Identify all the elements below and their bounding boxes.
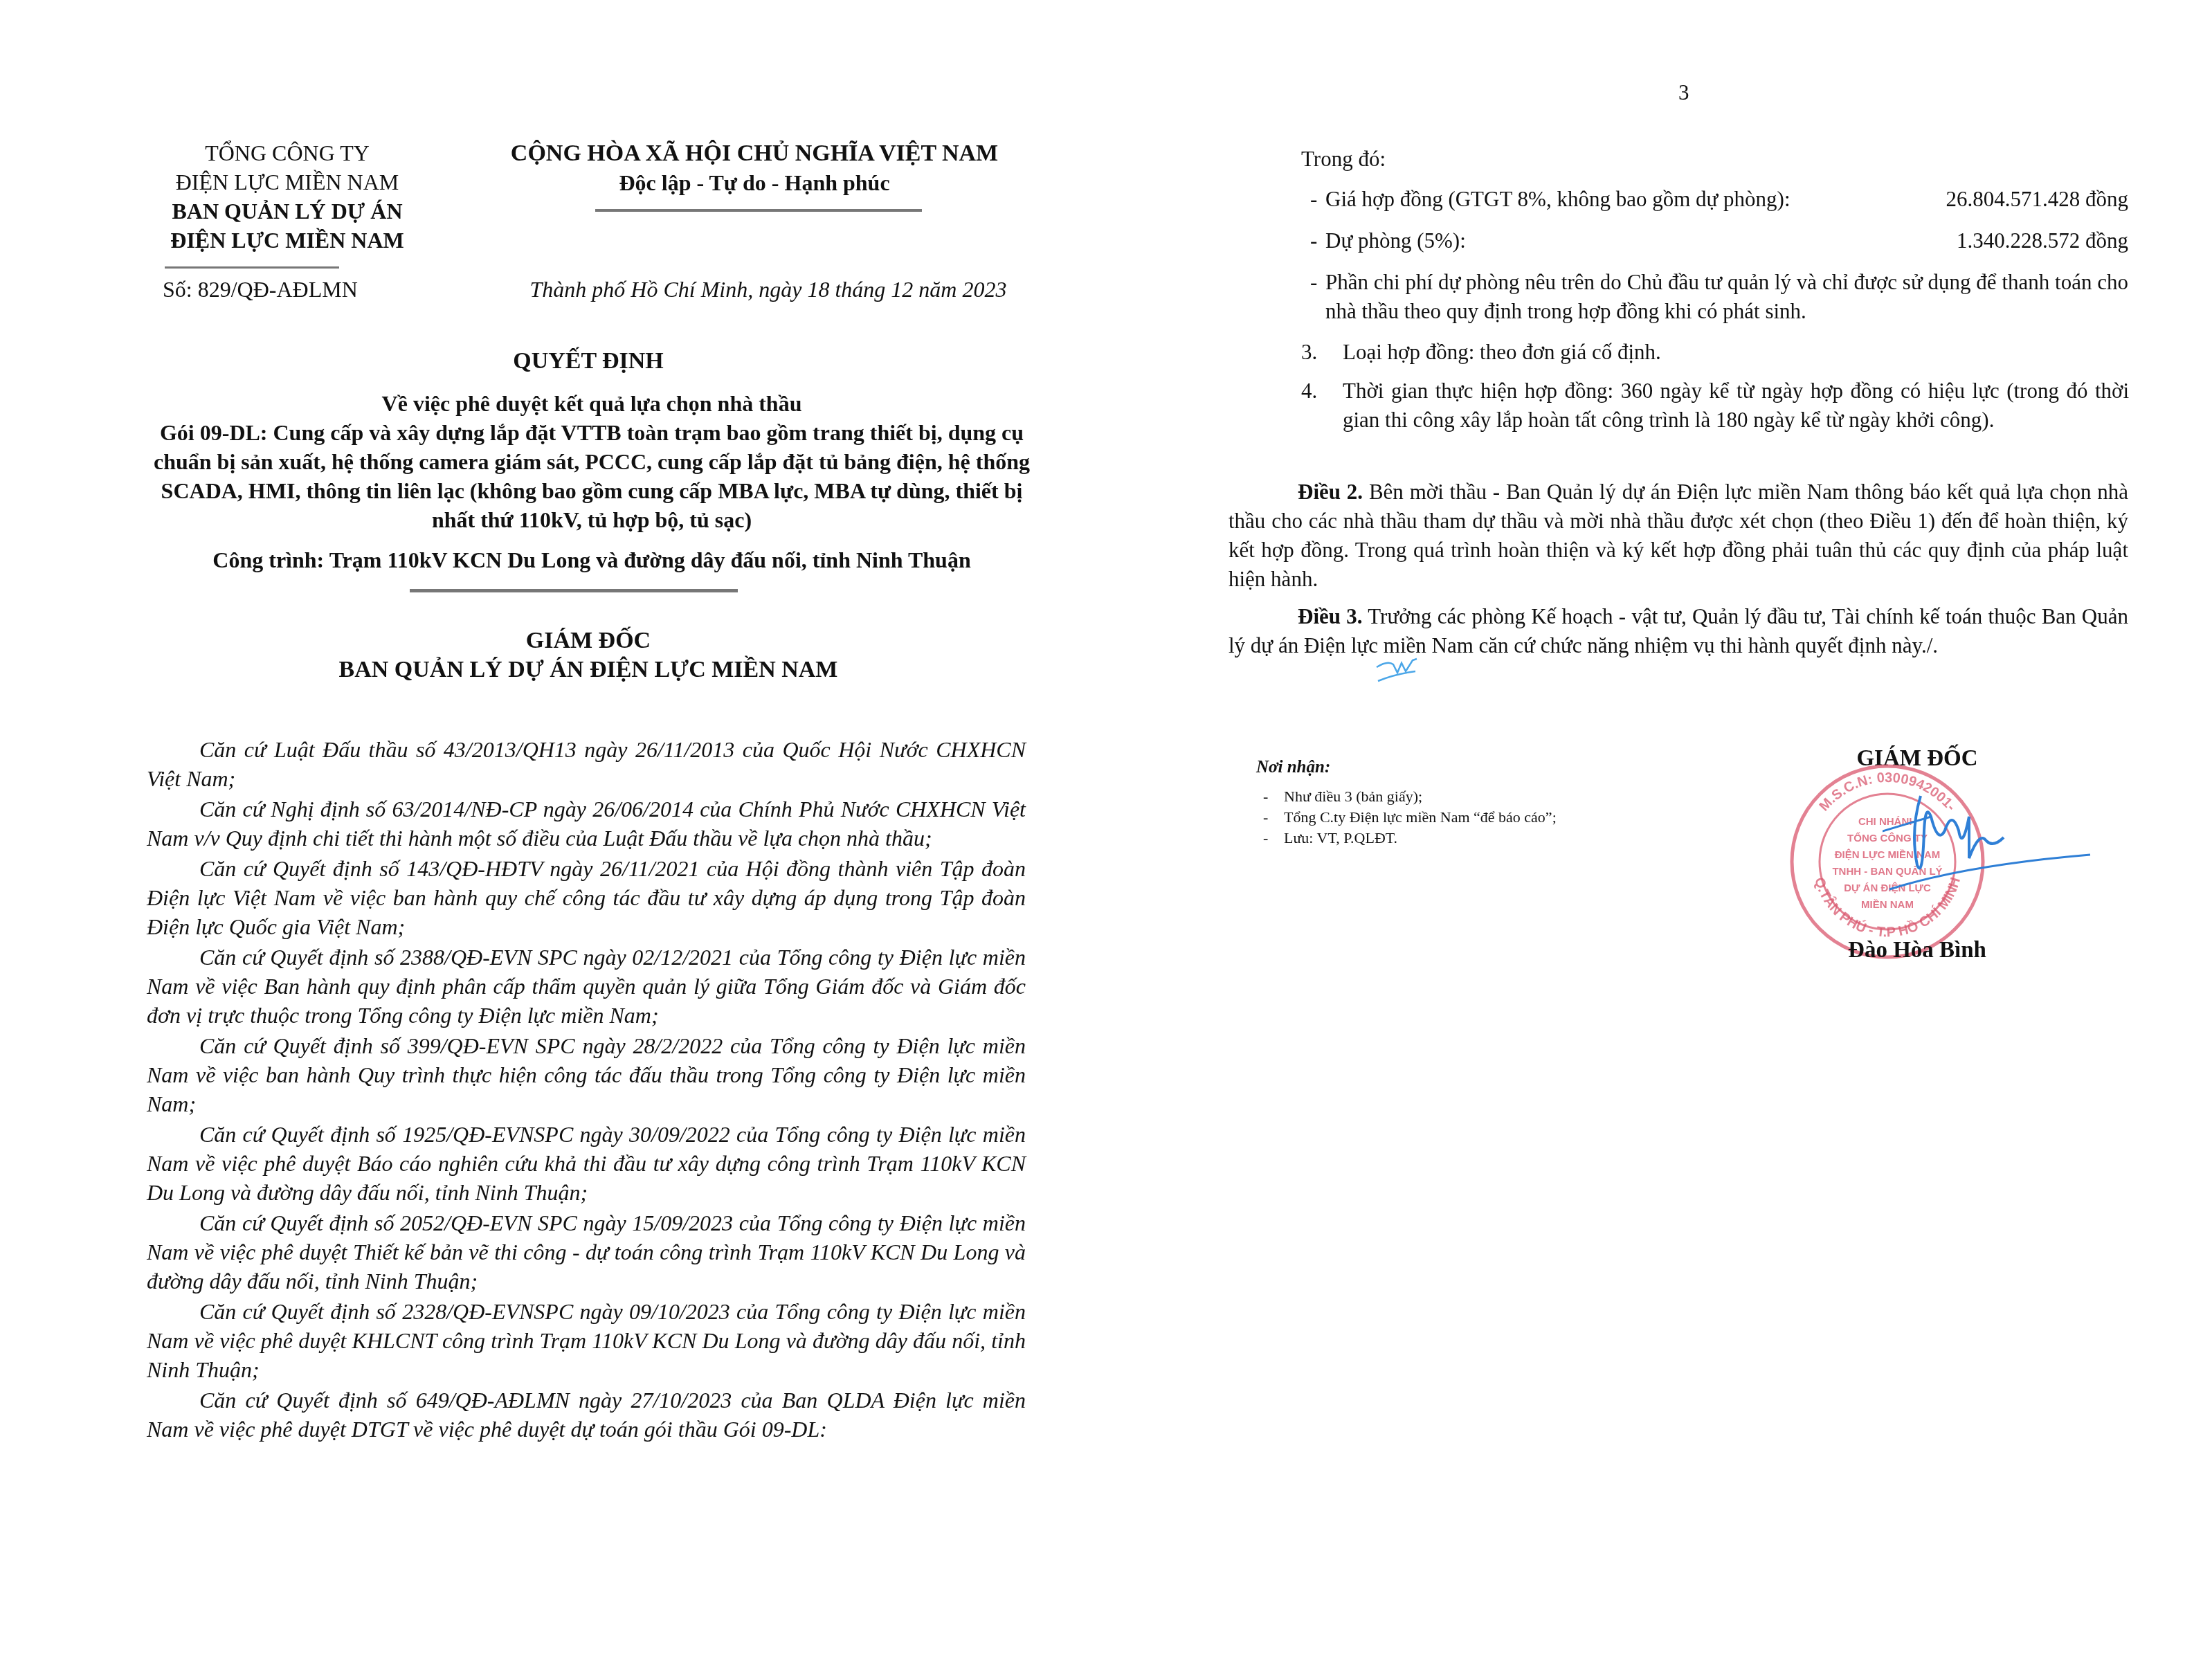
bullet-dash: -: [1310, 268, 1325, 326]
item-text: Loại hợp đồng: theo đơn giá cố định.: [1343, 338, 2129, 367]
legal-basis-item: Căn cứ Quyết định số 1925/QĐ-EVNSPC ngày…: [147, 1120, 1026, 1207]
recipient-item: -Tổng C.ty Điện lực miền Nam “để báo cáo…: [1256, 807, 1671, 828]
legal-basis-item: Căn cứ Luật Đấu thầu số 43/2013/QH13 ngà…: [147, 735, 1026, 793]
price-breakdown: - Giá hợp đồng (GTGT 8%, không bao gồm d…: [1310, 185, 2128, 326]
article-2-label: Điều 2.: [1298, 480, 1363, 504]
issuer-block: TỔNG CÔNG TY ĐIỆN LỰC MIỀN NAM BAN QUẢN …: [142, 138, 433, 255]
legal-basis-item: Căn cứ Quyết định số 399/QĐ-EVN SPC ngày…: [147, 1031, 1026, 1118]
item-text: Thời gian thực hiện hợp đồng: 360 ngày k…: [1343, 376, 2129, 435]
legal-basis-item: Căn cứ Quyết định số 2052/QĐ-EVN SPC ngà…: [147, 1208, 1026, 1296]
articles: Điều 2. Bên mời thầu - Ban Quản lý dự án…: [1229, 478, 2128, 660]
breakdown-row-contingency: - Dự phòng (5%): 1.340.228.572 đồng: [1310, 226, 2128, 255]
legal-basis-item: Căn cứ Quyết định số 2328/QĐ-EVNSPC ngày…: [147, 1297, 1026, 1384]
place-date: Thành phố Hồ Chí Minh, ngày 18 tháng 12 …: [478, 275, 1059, 304]
national-motto: Độc lập - Tự do - Hạnh phúc: [478, 169, 1031, 197]
authority-block: GIÁM ĐỐC BAN QUẢN LÝ DỰ ÁN ĐIỆN LỰC MIỀN…: [138, 626, 1038, 684]
document-subject: Về việc phê duyệt kết quả lựa chọn nhà t…: [145, 389, 1038, 534]
breakdown-label: Dự phòng (5%):: [1325, 226, 1957, 255]
article-2-text: Bên mời thầu - Ban Quản lý dự án Điện lự…: [1229, 480, 2128, 591]
legal-bases: Căn cứ Luật Đấu thầu số 43/2013/QH13 ngà…: [147, 735, 1026, 1445]
item-number: 3.: [1301, 338, 1343, 367]
issuer-name-line1: BAN QUẢN LÝ DỰ ÁN: [142, 197, 433, 226]
issuer-underline: [165, 266, 339, 269]
authority-title: GIÁM ĐỐC: [138, 626, 1038, 655]
motto-underline: [595, 209, 922, 212]
legal-basis-item: Căn cứ Quyết định số 143/QĐ-HĐTV ngày 26…: [147, 854, 1026, 941]
document-number: Số: 829/QĐ-AĐLMN: [163, 275, 358, 304]
contingency-note: - Phần chi phí dự phòng nêu trên do Chủ …: [1310, 268, 2128, 326]
contract-item: 3. Loại hợp đồng: theo đơn giá cố định.: [1301, 338, 2129, 367]
article-2: Điều 2. Bên mời thầu - Ban Quản lý dự án…: [1229, 478, 2128, 594]
article-3-text: Trưởng các phòng Kế hoạch - vật tư, Quản…: [1229, 604, 2128, 657]
title-underline: [410, 589, 738, 592]
recipients-list: -Như điều 3 (bản giấy); -Tổng C.ty Điện …: [1256, 786, 1671, 848]
contract-items: 3. Loại hợp đồng: theo đơn giá cố định. …: [1301, 338, 2129, 435]
issuer-parent-line2: ĐIỆN LỰC MIỀN NAM: [142, 167, 433, 197]
initials-mark-icon: [1374, 657, 1429, 685]
legal-basis-item: Căn cứ Quyết định số 649/QĐ-AĐLMN ngày 2…: [147, 1386, 1026, 1444]
national-header: CỘNG HÒA XÃ HỘI CHỦ NGHĨA VIỆT NAM Độc l…: [478, 138, 1031, 197]
legal-basis-item: Căn cứ Nghị định số 63/2014/NĐ-CP ngày 2…: [147, 795, 1026, 853]
breakdown-amount: 1.340.228.572 đồng: [1957, 226, 2128, 255]
authority-org: BAN QUẢN LÝ DỰ ÁN ĐIỆN LỰC MIỀN NAM: [138, 655, 1038, 684]
project-name: Công trình: Trạm 110kV KCN Du Long và đư…: [138, 545, 1045, 574]
subject-line: Về việc phê duyệt kết quả lựa chọn nhà t…: [145, 389, 1038, 418]
recipients-title: Nơi nhận:: [1256, 756, 1671, 779]
signer-name: Đào Hòa Bình: [1813, 936, 2021, 965]
issuer-parent-line1: TỔNG CÔNG TY: [142, 138, 433, 167]
article-3-label: Điều 3.: [1298, 604, 1363, 628]
breakdown-amount: 26.804.571.428 đồng: [1946, 185, 2129, 214]
bullet-dash: -: [1310, 185, 1325, 214]
recipient-item: -Như điều 3 (bản giấy);: [1256, 786, 1671, 807]
bullet-dash: -: [1310, 226, 1325, 255]
country-name: CỘNG HÒA XÃ HỘI CHỦ NGHĨA VIỆT NAM: [478, 138, 1031, 169]
handwritten-signature-icon: [1883, 789, 2104, 907]
package-description: Gói 09-DL: Cung cấp và xây dựng lắp đặt …: [145, 418, 1038, 534]
breakdown-label: Giá hợp đồng (GTGT 8%, không bao gồm dự …: [1325, 185, 1946, 214]
article-3: Điều 3. Trưởng các phòng Kế hoạch - vật …: [1229, 602, 2128, 660]
document-type-heading: QUYẾT ĐỊNH: [138, 346, 1038, 376]
contract-item: 4. Thời gian thực hiện hợp đồng: 360 ngà…: [1301, 376, 2129, 435]
breakdown-row-contract-price: - Giá hợp đồng (GTGT 8%, không bao gồm d…: [1310, 185, 2128, 214]
contingency-note-text: Phần chi phí dự phòng nêu trên do Chủ đầ…: [1325, 268, 2128, 326]
issuer-name-line2: ĐIỆN LỰC MIỀN NAM: [142, 226, 433, 255]
recipient-item: -Lưu: VT, P.QLĐT.: [1256, 828, 1671, 848]
breakdown-intro: Trong đó:: [1301, 145, 1386, 173]
item-number: 4.: [1301, 376, 1343, 435]
legal-basis-item: Căn cứ Quyết định số 2388/QĐ-EVN SPC ngà…: [147, 943, 1026, 1030]
page-number: 3: [1678, 78, 1689, 107]
recipients-block: Nơi nhận: -Như điều 3 (bản giấy); -Tổng …: [1256, 756, 1671, 848]
